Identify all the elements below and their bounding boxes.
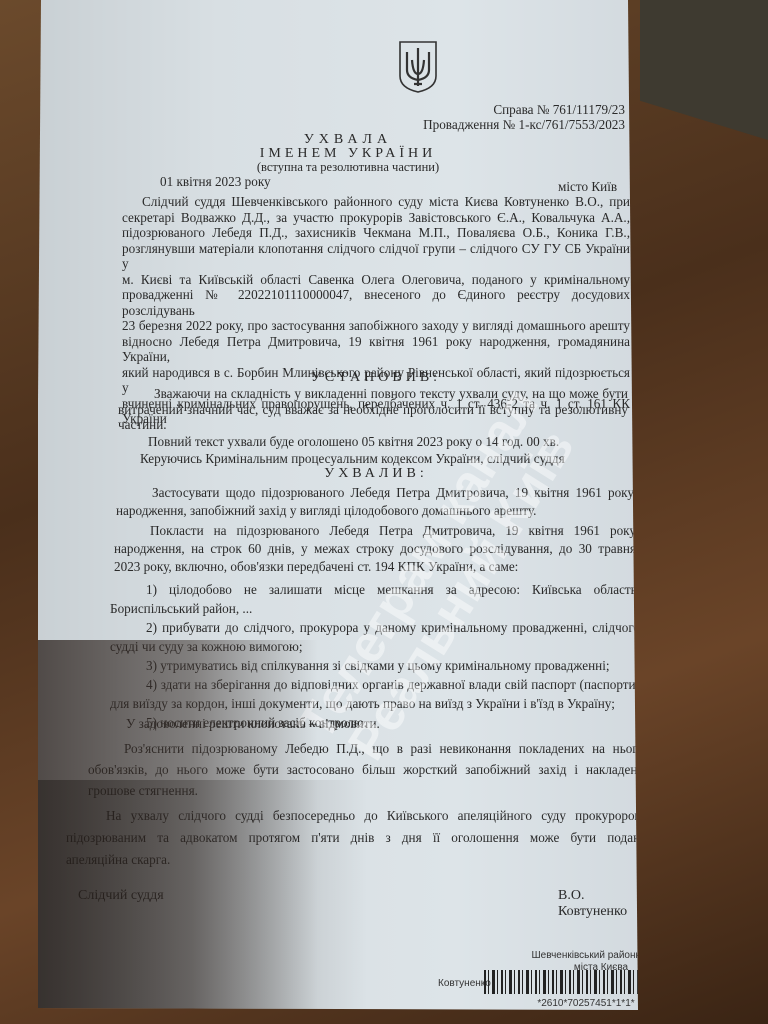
text-line: 3) утримуватись від спілкування зі свідк… bbox=[110, 656, 638, 675]
text-line: витрачений значний час, суд вважає за не… bbox=[118, 402, 628, 418]
text-line: судді чи суду за кожною вимогою; bbox=[110, 637, 638, 656]
signature-name: В.О. Ковтуненко bbox=[558, 888, 638, 919]
text-line: На ухвалу слідчого судді безпосередньо д… bbox=[66, 805, 638, 827]
text-line: відносно Лебедя Петра Дмитровича, 19 кві… bbox=[122, 334, 630, 365]
text-line: народження, запобіжний захід у вигляді ц… bbox=[116, 502, 634, 520]
established-heading: УСТАНОВИВ: bbox=[122, 370, 630, 386]
text-line: підозрюваного Лебедя П.Д., захисників Че… bbox=[122, 225, 630, 241]
obligation-item: 3) утримуватись від спілкування зі свідк… bbox=[110, 656, 638, 675]
text-line: 2023 року, включно, обов'язки передбачен… bbox=[114, 558, 636, 576]
text-line: м. Києві та Київській області Савенка Ол… bbox=[122, 272, 630, 288]
ruling-city: місто Київ bbox=[558, 179, 617, 195]
proceeding-number: Провадження № 1-кс/761/7553/2023 bbox=[298, 117, 625, 133]
text-line: Слідчий суддя Шевченківського районного … bbox=[122, 194, 630, 210]
ruling-impose: Покласти на підозрюваного Лебедя Петра Д… bbox=[114, 522, 636, 576]
text-line: Бориспільський район, ... bbox=[110, 599, 638, 618]
text-line: секретарі Водважко Д.Д., за участю проку… bbox=[122, 210, 630, 226]
text-line: Покласти на підозрюваного Лебедя Петра Д… bbox=[114, 522, 636, 540]
text-line: Роз'яснити підозрюваному Лебедю П.Д., що… bbox=[88, 738, 638, 759]
court-ruling-paper: Справа № 761/11179/23 Провадження № 1-кс… bbox=[38, 0, 638, 1010]
text-line: для виїзду за кордон, інші документи, що… bbox=[110, 694, 638, 713]
text-line: 2) прибувати до слідчого, прокурора у да… bbox=[110, 618, 638, 637]
text-line: 1) цілодобово не залишати місце мешкання… bbox=[110, 580, 638, 599]
appeal-paragraph: На ухвалу слідчого судді безпосередньо д… bbox=[66, 805, 638, 871]
obligations-list: 1) цілодобово не залишати місце мешкання… bbox=[110, 580, 638, 732]
established-paragraph: Зважаючи на складність у викладенні повн… bbox=[118, 386, 628, 433]
text-line: підозрюваним та адвокатом протягом п'яти… bbox=[66, 827, 638, 849]
text-line: народження, на строк 60 днів, у межах ст… bbox=[114, 540, 636, 558]
barcode-text: *2610*70257451*1*1* bbox=[516, 996, 638, 1010]
text-line: апеляційна скарга. bbox=[66, 849, 638, 871]
signature-role: Слідчий суддя bbox=[78, 888, 164, 904]
text-line: провадженні № 22022101110000047, внесено… bbox=[122, 287, 630, 318]
guided-by: Керуючись Кримінальним процесуальним код… bbox=[140, 451, 565, 467]
text-line: Застосувати щодо підозрюваного Лебедя Пе… bbox=[116, 484, 634, 502]
obligation-item: 4) здати на зберігання до відповідних ор… bbox=[110, 675, 638, 713]
text-line: грошове стягнення. bbox=[88, 780, 638, 801]
text-line: 4) здати на зберігання до відповідних ор… bbox=[110, 675, 638, 694]
text-line: обов'язків, до нього може бути застосова… bbox=[88, 759, 638, 780]
text-line: розглянувши матеріали клопотання слідчог… bbox=[122, 241, 630, 272]
stamp-judge: Ковтуненко bbox=[438, 976, 491, 992]
ruling-apply: Застосувати щодо підозрюваного Лебедя Пе… bbox=[116, 484, 634, 520]
ukraine-coat-of-arms-icon bbox=[396, 40, 440, 94]
explain-paragraph: Роз'яснити підозрюваному Лебедю П.Д., що… bbox=[88, 738, 638, 801]
full-text-notice: Повний текст ухвали буде оголошено 05 кв… bbox=[148, 434, 559, 450]
text-line: частини. bbox=[118, 417, 628, 433]
text-line: Зважаючи на складність у викладенні повн… bbox=[118, 386, 628, 402]
obligation-item: 2) прибувати до слідчого, прокурора у да… bbox=[110, 618, 638, 656]
ruling-date: 01 квітня 2023 року bbox=[160, 174, 271, 190]
rest-denied: У задоволенні решти клопотань – відмовит… bbox=[126, 716, 380, 732]
barcode bbox=[484, 970, 638, 994]
ruled-heading: УХВАЛИВ: bbox=[122, 466, 630, 482]
document-body: Справа № 761/11179/23 Провадження № 1-кс… bbox=[38, 0, 638, 1010]
case-number: Справа № 761/11179/23 bbox=[338, 102, 625, 118]
obligation-item: 1) цілодобово не залишати місце мешкання… bbox=[110, 580, 638, 618]
text-line: 23 березня 2022 року, про застосування з… bbox=[122, 318, 630, 334]
